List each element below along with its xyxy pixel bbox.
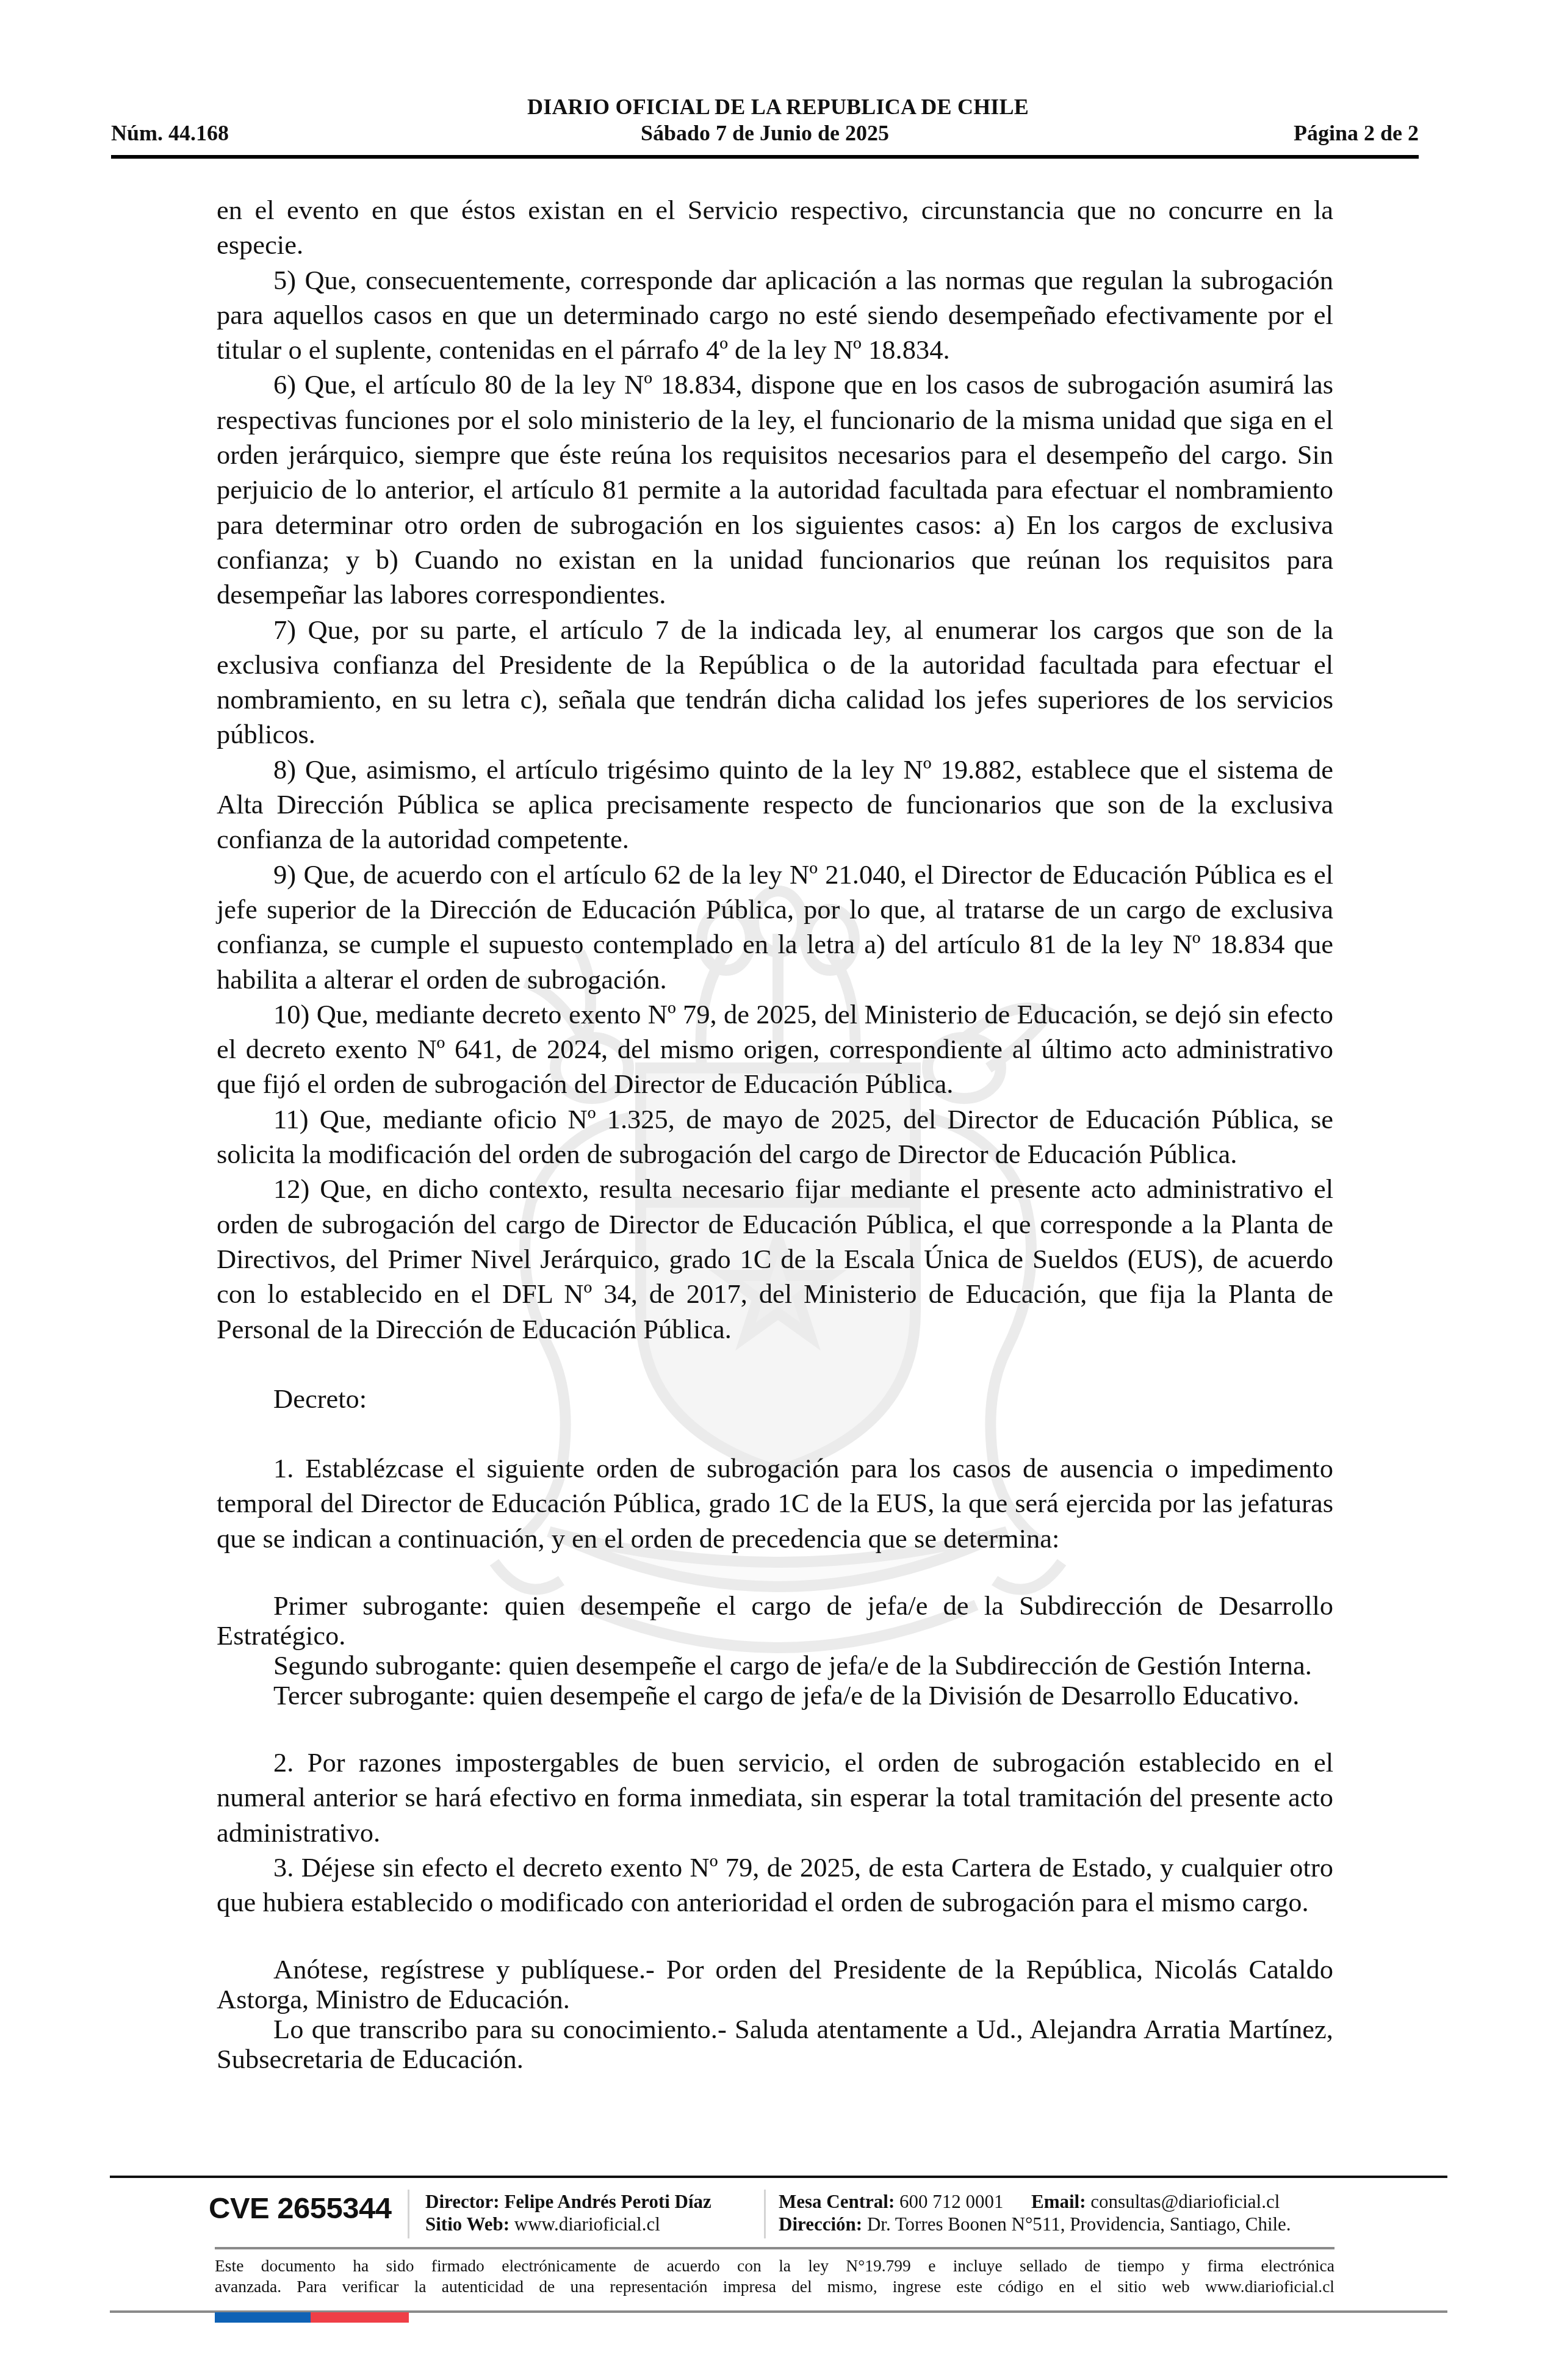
footer-top-rule [110,2176,1447,2178]
address-value: Dr. Torres Boonen N°511, Providencia, Sa… [867,2213,1291,2235]
footer-middle-rule [215,2247,1334,2249]
continuation-paragraph: en el evento en que éstos existan en el … [217,193,1333,263]
footer-divider [408,2190,409,2238]
page-indicator: Página 2 de 2 [1294,120,1419,146]
signature-note-line-1: Este documento ha sido firmado electróni… [215,2256,1334,2276]
header-row: Núm. 44.168 Sábado 7 de Junio de 2025 Pá… [111,120,1419,147]
considerando-5: 5) Que, consecuentemente, corresponde da… [217,263,1333,368]
email-link[interactable]: consultas@diarioficial.cl [1090,2191,1280,2212]
considerando-10: 10) Que, mediante decreto exento Nº 79, … [217,997,1333,1102]
considerando-6: 6) Que, el artículo 80 de la ley Nº 18.8… [217,367,1333,612]
decreto-heading: Decreto: [217,1382,1333,1416]
article-2: 2. Por razones impostergables de buen se… [217,1745,1333,1850]
flag-stripe-red [311,2312,409,2323]
considerando-8: 8) Que, asimismo, el artículo trigésimo … [217,752,1333,857]
email-label: Email: [1031,2191,1086,2212]
footer-divider [764,2190,766,2238]
considerando-7: 7) Que, por su parte, el artículo 7 de l… [217,613,1333,752]
signature-note-line-2: avanzada. Para verificar la autenticidad… [215,2276,1334,2297]
considerando-11: 11) Que, mediante oficio Nº 1.325, de ma… [217,1102,1333,1172]
article-1: 1. Establézcase el siguiente orden de su… [217,1451,1333,1556]
closing-paragraph: Anótese, regístrese y publíquese.- Por o… [217,1955,1333,2014]
website-link[interactable]: www.diarioficial.cl [514,2213,660,2235]
article-3: 3. Déjese sin efecto el decreto exento N… [217,1850,1333,1920]
director-name: Felipe Andrés Peroti Díaz [504,2191,711,2212]
header-rule [111,155,1419,159]
considerando-12: 12) Que, en dicho contexto, resulta nece… [217,1172,1333,1346]
subrogante-1: Primer subrogante: quien desempeñe el ca… [217,1591,1333,1651]
considerando-9: 9) Que, de acuerdo con el artículo 62 de… [217,857,1333,997]
director-label: Director: [425,2191,500,2212]
transcription-paragraph: Lo que transcribo para su conocimiento.-… [217,2014,1333,2074]
decree-body: en el evento en que éstos existan en el … [217,193,1333,2074]
issue-date: Sábado 7 de Junio de 2025 [111,120,1419,146]
cve-code: CVE 2655344 [209,2191,392,2226]
subrogante-3: Tercer subrogante: quien desempeñe el ca… [217,1681,1333,1711]
flag-stripe-blue [215,2312,311,2323]
electronic-signature-note: Este documento ha sido firmado electróni… [215,2256,1334,2297]
footer-contact-block: Mesa Central: 600 712 0001 Email: consul… [779,2190,1291,2235]
publication-title: DIARIO OFICIAL DE LA REPUBLICA DE CHILE [0,94,1556,120]
document-page: DIARIO OFICIAL DE LA REPUBLICA DE CHILE … [0,0,1556,2380]
address-label: Dirección: [779,2213,862,2235]
footer-director-block: Director: Felipe Andrés Peroti Díaz Siti… [425,2190,711,2235]
phone-number: 600 712 0001 [899,2191,1004,2212]
subrogante-2: Segundo subrogante: quien desempeñe el c… [217,1651,1333,1681]
website-label: Sitio Web: [425,2213,510,2235]
phone-label: Mesa Central: [779,2191,895,2212]
